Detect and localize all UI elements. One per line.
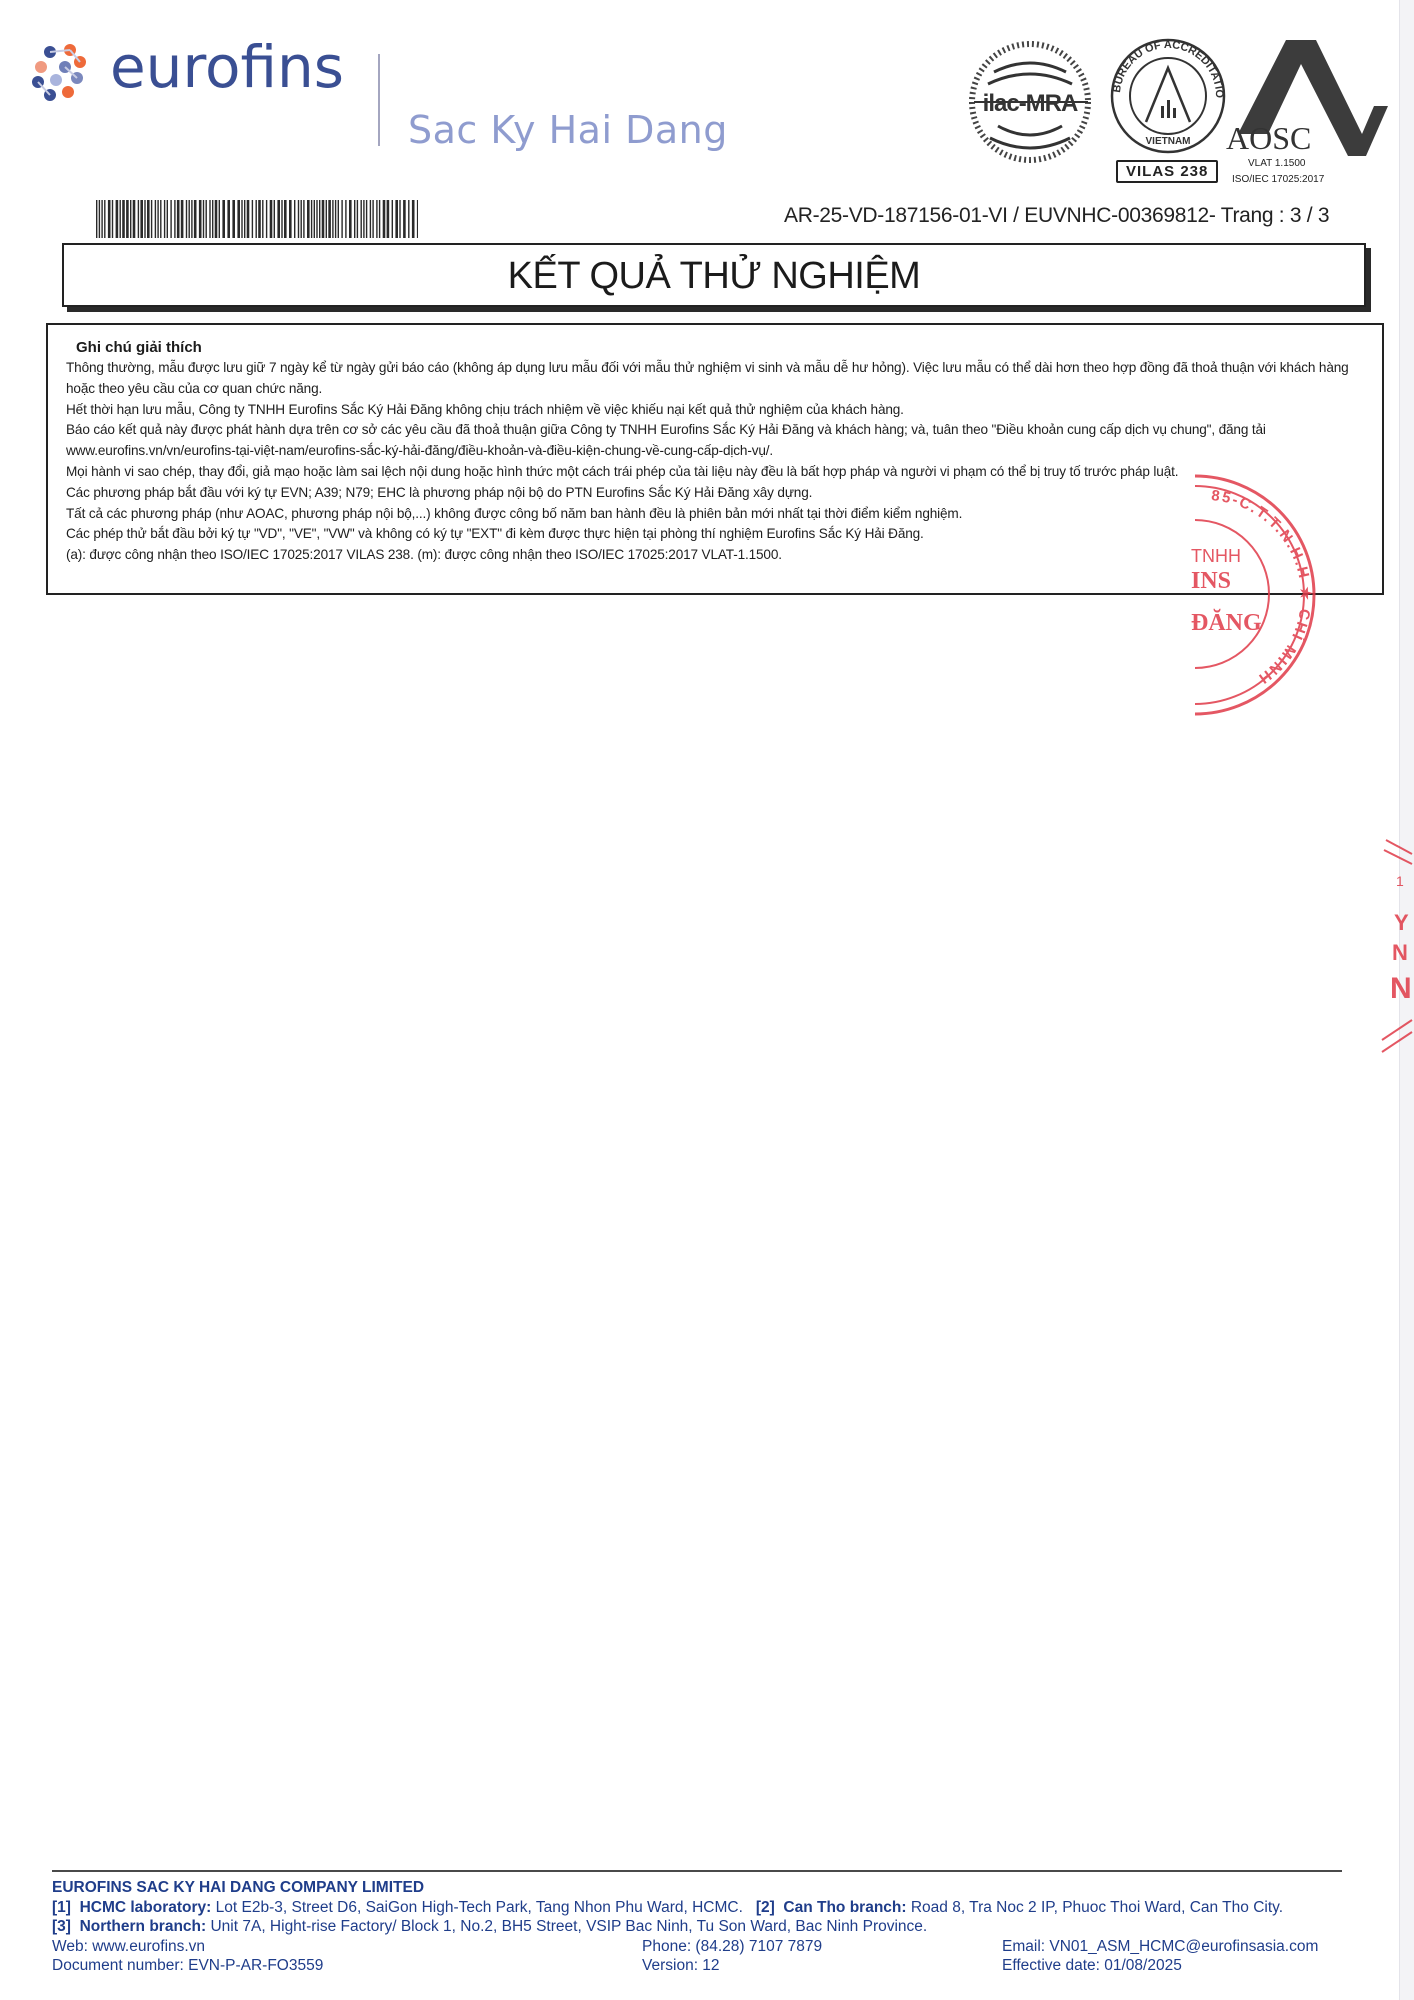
page-title: KẾT QUẢ THỬ NGHIỆM bbox=[64, 255, 1364, 298]
svg-text:INS: INS bbox=[1191, 568, 1231, 594]
svg-text:ĐĂNG: ĐĂNG bbox=[1191, 609, 1262, 636]
footer-doc-number: Document number: EVN-P-AR-FO3559 bbox=[52, 1957, 323, 1974]
svg-text:VIETNAM: VIETNAM bbox=[1146, 136, 1191, 147]
subbrand-name: Sac Ky Hai Dang bbox=[408, 108, 728, 152]
ilac-mra-icon: ilac-MRA bbox=[972, 44, 1088, 160]
footer-phone: Phone: (84.28) 7107 7879 bbox=[642, 1937, 822, 1957]
svg-text:N: N bbox=[1392, 940, 1408, 965]
footer-effective-date: Effective date: 01/08/2025 bbox=[1002, 1956, 1182, 1976]
barcode bbox=[96, 200, 418, 238]
note-liability: Hết thời hạn lưu mẫu, Công ty TNHH Eurof… bbox=[66, 400, 1366, 421]
vilas-badge: VILAS 238 bbox=[1116, 160, 1218, 183]
svg-text:Y: Y bbox=[1394, 910, 1409, 935]
lab2-label: Can Tho branch: bbox=[783, 1899, 906, 1916]
title-box: KẾT QUẢ THỬ NGHIỆM bbox=[62, 243, 1366, 307]
aosc-label: AOSC bbox=[1226, 120, 1311, 157]
note-internal-methods: Các phương pháp bắt đầu với ký tự EVN; A… bbox=[66, 483, 1366, 504]
lab2-number: [2] bbox=[756, 1899, 775, 1916]
note-accreditation-marks: (a): được công nhận theo ISO/IEC 17025:2… bbox=[66, 545, 1366, 566]
footer-divider bbox=[52, 1870, 1342, 1872]
note-test-prefixes: Các phép thử bắt đầu bởi ký tự "VD", "VE… bbox=[66, 524, 1366, 545]
footer-version: Version: 12 bbox=[642, 1956, 720, 1976]
brand-wordmark: eurofins bbox=[110, 38, 344, 96]
lab1-number: [1] bbox=[52, 1899, 71, 1916]
footer-doc-row: Document number: EVN-P-AR-FO3559 Version… bbox=[52, 1956, 1352, 1976]
svg-text:1: 1 bbox=[1396, 873, 1404, 889]
logo-divider bbox=[378, 54, 380, 146]
lab3-label: Northern branch: bbox=[80, 1918, 207, 1935]
footer-contact-row: Web: www.eurofins.vn Phone: (84.28) 7107… bbox=[52, 1937, 1352, 1957]
footer-lab-line-2: [3] Northern branch: Unit 7A, Hight-rise… bbox=[52, 1917, 1352, 1937]
lab3-number: [3] bbox=[52, 1918, 71, 1935]
footer-email: Email: VN01_ASM_HCMC@eurofinsasia.com bbox=[1002, 1937, 1318, 1957]
edge-stamp-fragment: 1 Y N N bbox=[1372, 830, 1414, 1060]
report-reference: AR-25-VD-187156-01-VI / EUVNHC-00369812-… bbox=[784, 204, 1329, 228]
company-seal-stamp: 85-C.T.T.N.H.H ★ CHÍ MINH TNHH INS ĐĂNG bbox=[1175, 470, 1345, 720]
notes-body: Thông thường, mẫu được lưu giữ 7 ngày kể… bbox=[66, 358, 1366, 566]
svg-text:ilac-MRA: ilac-MRA bbox=[983, 90, 1078, 117]
lab2-address: Road 8, Tra Noc 2 IP, Phuoc Thoi Ward, C… bbox=[911, 1899, 1283, 1916]
eurofins-logo-icon bbox=[30, 40, 100, 110]
footer-company: EUROFINS SAC KY HAI DANG COMPANY LIMITED bbox=[52, 1878, 1352, 1898]
footer-web: Web: www.eurofins.vn bbox=[52, 1938, 205, 1955]
footer: EUROFINS SAC KY HAI DANG COMPANY LIMITED… bbox=[52, 1878, 1352, 1976]
notes-heading: Ghi chú giải thích bbox=[76, 339, 202, 356]
svg-text:N: N bbox=[1390, 972, 1412, 1005]
lab1-label: HCMC laboratory: bbox=[80, 1899, 212, 1916]
svg-text:TNHH: TNHH bbox=[1191, 546, 1241, 566]
aosc-vlat: VLAT 1.1500 bbox=[1248, 158, 1305, 169]
footer-lab-line-1: [1] HCMC laboratory: Lot E2b-3, Street D… bbox=[52, 1898, 1352, 1918]
note-method-versions: Tất cả các phương pháp (như AOAC, phương… bbox=[66, 504, 1366, 525]
lab3-address: Unit 7A, Hight-rise Factory/ Block 1, No… bbox=[210, 1918, 927, 1935]
aosc-iso: ISO/IEC 17025:2017 bbox=[1232, 174, 1324, 185]
note-terms: Báo cáo kết quả này được phát hành dựa t… bbox=[66, 420, 1366, 462]
lab1-address: Lot E2b-3, Street D6, SaiGon High-Tech P… bbox=[216, 1899, 743, 1916]
note-retention: Thông thường, mẫu được lưu giữ 7 ngày kể… bbox=[66, 358, 1366, 400]
note-copying: Mọi hành vi sao chép, thay đổi, giả mạo … bbox=[66, 462, 1366, 483]
